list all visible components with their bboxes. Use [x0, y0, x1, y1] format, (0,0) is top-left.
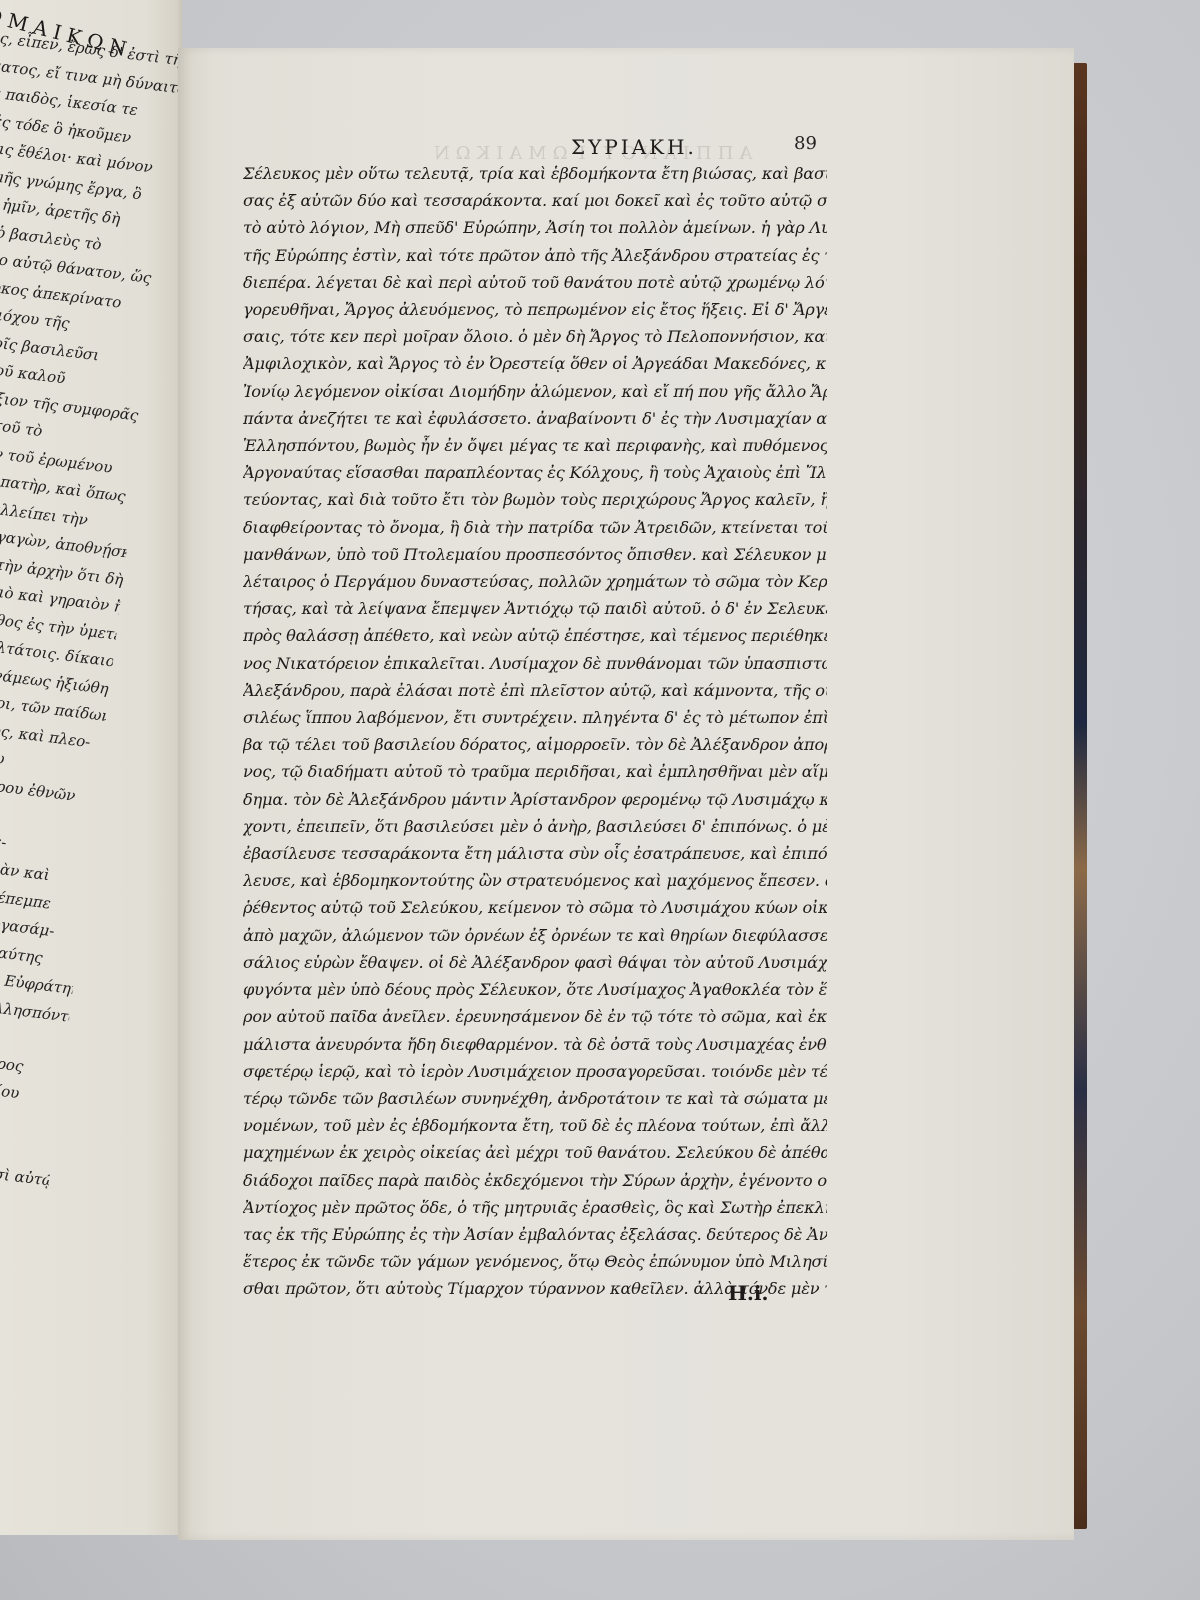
text-line: τεύοντας, καὶ διὰ τοῦτο ἔτι τὸν βωμὸν το…	[243, 486, 827, 513]
text-line: μάλιστα ἀνευρόντα ἤδη διεφθαρμένον. τὰ δ…	[243, 1031, 827, 1058]
text-line: Ἀργοναύτας εἵσασθαι παραπλέοντας ἐς Κόλχ…	[243, 459, 827, 486]
marbled-cover-edge	[1073, 63, 1087, 1529]
text-line: τῆς Εὐρώπης ἐστὶν, καὶ τότε πρῶτον ἀπὸ τ…	[243, 242, 827, 269]
text-line: γορευθῆναι, Ἄργος ἀλευόμενος, τὸ πεπρωμέ…	[243, 296, 827, 323]
body-text: Σέλευκος μὲν οὕτω τελευτᾷ, τρία καὶ ἑβδο…	[243, 160, 827, 1303]
text-line: νος Νικατόρειον ἐπικαλεῖται. Λυσίμαχον δ…	[243, 650, 827, 677]
text-line: διεπέρα. λέγεται δὲ καὶ περὶ αὐτοῦ τοῦ θ…	[243, 269, 827, 296]
right-page: ΑΠΠΙΑΝΟΥ ΡΩΜΑΙΚΩΝ ΣΥΡΙΑΚΗ. 89 Σέλευκος μ…	[178, 48, 1074, 1540]
text-line: μανθάνων, ὑπὸ τοῦ Πτολεμαίου προσπεσόντο…	[243, 541, 827, 568]
text-line: τέρῳ τῶνδε τῶν βασιλέων συνηνέχθη, ἀνδρο…	[243, 1085, 827, 1112]
text-line: μαχημένων ἐκ χειρὸς οἰκείας ἀεὶ μέχρι το…	[243, 1139, 827, 1166]
text-line: βα τῷ τέλει τοῦ βασιλείου δόρατος, αἱμορ…	[243, 731, 827, 758]
text-line: Σέλευκος μὲν οὕτω τελευτᾷ, τρία καὶ ἑβδο…	[243, 160, 827, 187]
text-line: χοντι, ἐπειπεῖν, ὅτι βασιλεύσει μὲν ὁ ἀν…	[243, 813, 827, 840]
left-page-text: ...στος, εἶπεν, ἔρως δ' ἐστὶ τῆς ψυχῆς..…	[0, 20, 182, 1222]
text-line: διάδοχοι παῖδες παρὰ παιδὸς ἐκδεχόμενοι …	[243, 1167, 827, 1194]
text-line: σαις, τότε κεν περὶ μοῖραν ὄλοιο. ὁ μὲν …	[243, 323, 827, 350]
text-line: Ἀντίοχος μὲν πρῶτος ὅδε, ὁ τῆς μητρυιᾶς …	[243, 1194, 827, 1221]
signature-mark: H.i.	[728, 1281, 768, 1305]
text-line: πρὸς θαλάσσῃ ἀπέθετο, καὶ νεὼν αὐτῷ ἐπέσ…	[243, 622, 827, 649]
text-line: φυγόντα μὲν ὑπὸ δέους πρὸς Σέλευκον, ὅτε…	[243, 976, 827, 1003]
text-line: Ἑλλησπόντου, βωμὸς ἦν ἐν ὄψει μέγας τε κ…	[243, 432, 827, 459]
text-line: σάλιος εὑρὼν ἔθαψεν. οἱ δὲ Ἀλέξανδρον φα…	[243, 949, 827, 976]
text-line: ῥέθεντος αὐτῷ τοῦ Σελεύκου, κείμενον τὸ …	[243, 894, 827, 921]
text-line: ρον αὐτοῦ παῖδα ἀνεῖλεν. ἐρευνησάμενον δ…	[243, 1003, 827, 1030]
text-line: σας ἐξ αὐτῶν δύο καὶ τεσσαράκοντα. καί μ…	[243, 187, 827, 214]
text-line: Ἰονίῳ λεγόμενον οἰκίσαι Διομήδην ἀλώμενο…	[243, 378, 827, 405]
text-line: Ἀλεξάνδρου, παρὰ ἐλάσαι ποτὲ ἐπὶ πλεῖστο…	[243, 677, 827, 704]
running-head: ΣΥΡΙΑΚΗ.	[571, 135, 697, 159]
left-page: ΡΩΜΑΙΚΩΝ ...στος, εἶπεν, ἔρως δ' ἐστὶ τῆ…	[0, 0, 182, 1535]
text-line: σφετέρῳ ἱερῷ, καὶ τὸ ἱερὸν Λυσιμάχειον π…	[243, 1058, 827, 1085]
page-number: 89	[794, 133, 817, 154]
text-line: ἐβασίλευσε τεσσαράκοντα ἔτη μάλιστα σὺν …	[243, 840, 827, 867]
text-line: Ἀμφιλοχικὸν, καὶ Ἄργος τὸ ἐν Ὀρεστείᾳ ὅθ…	[243, 350, 827, 377]
text-line: τήσας, καὶ τὰ λείψανα ἔπεμψεν Ἀντιόχῳ τῷ…	[243, 595, 827, 622]
text-line: διαφθείροντας τὸ ὄνομα, ἢ διὰ τὴν πατρίδ…	[243, 514, 827, 541]
text-line: ἀπὸ μαχῶν, ἀλώμενον τῶν ὀρνέων ἐξ ὀρνέων…	[243, 922, 827, 949]
text-line: δημα. τὸν δὲ Ἀλεξάνδρου μάντιν Ἀρίστανδρ…	[243, 786, 827, 813]
text-line: τας ἐκ τῆς Εὐρώπης ἐς τὴν Ἀσίαν ἐμβαλόντ…	[243, 1221, 827, 1248]
text-line: νομένων, τοῦ μὲν ἐς ἑβδομήκοντα ἔτη, τοῦ…	[243, 1112, 827, 1139]
text-line: τὸ αὐτὸ λόγιον, Μὴ σπεῦδ' Εὐρώπην, Ἀσίη …	[243, 214, 827, 241]
text-line: λευσε, καὶ ἑβδομηκοντούτης ὢν στρατευόμε…	[243, 867, 827, 894]
text-line: νος, τῷ διαδήματι αὐτοῦ τὸ τραῦμα περιδῆ…	[243, 758, 827, 785]
text-line: σιλέως ἵππου λαβόμενον, ἔτι συντρέχειν. …	[243, 704, 827, 731]
text-line: πάντα ἀνεζήτει τε καὶ ἐφυλάσσετο. ἀναβαί…	[243, 405, 827, 432]
text-line: λέταιρος ὁ Περγάμου δυναστεύσας, πολλῶν …	[243, 568, 827, 595]
text-line: ἕτερος ἐκ τῶνδε τῶν γάμων γενόμενος, ὅτῳ…	[243, 1248, 827, 1275]
